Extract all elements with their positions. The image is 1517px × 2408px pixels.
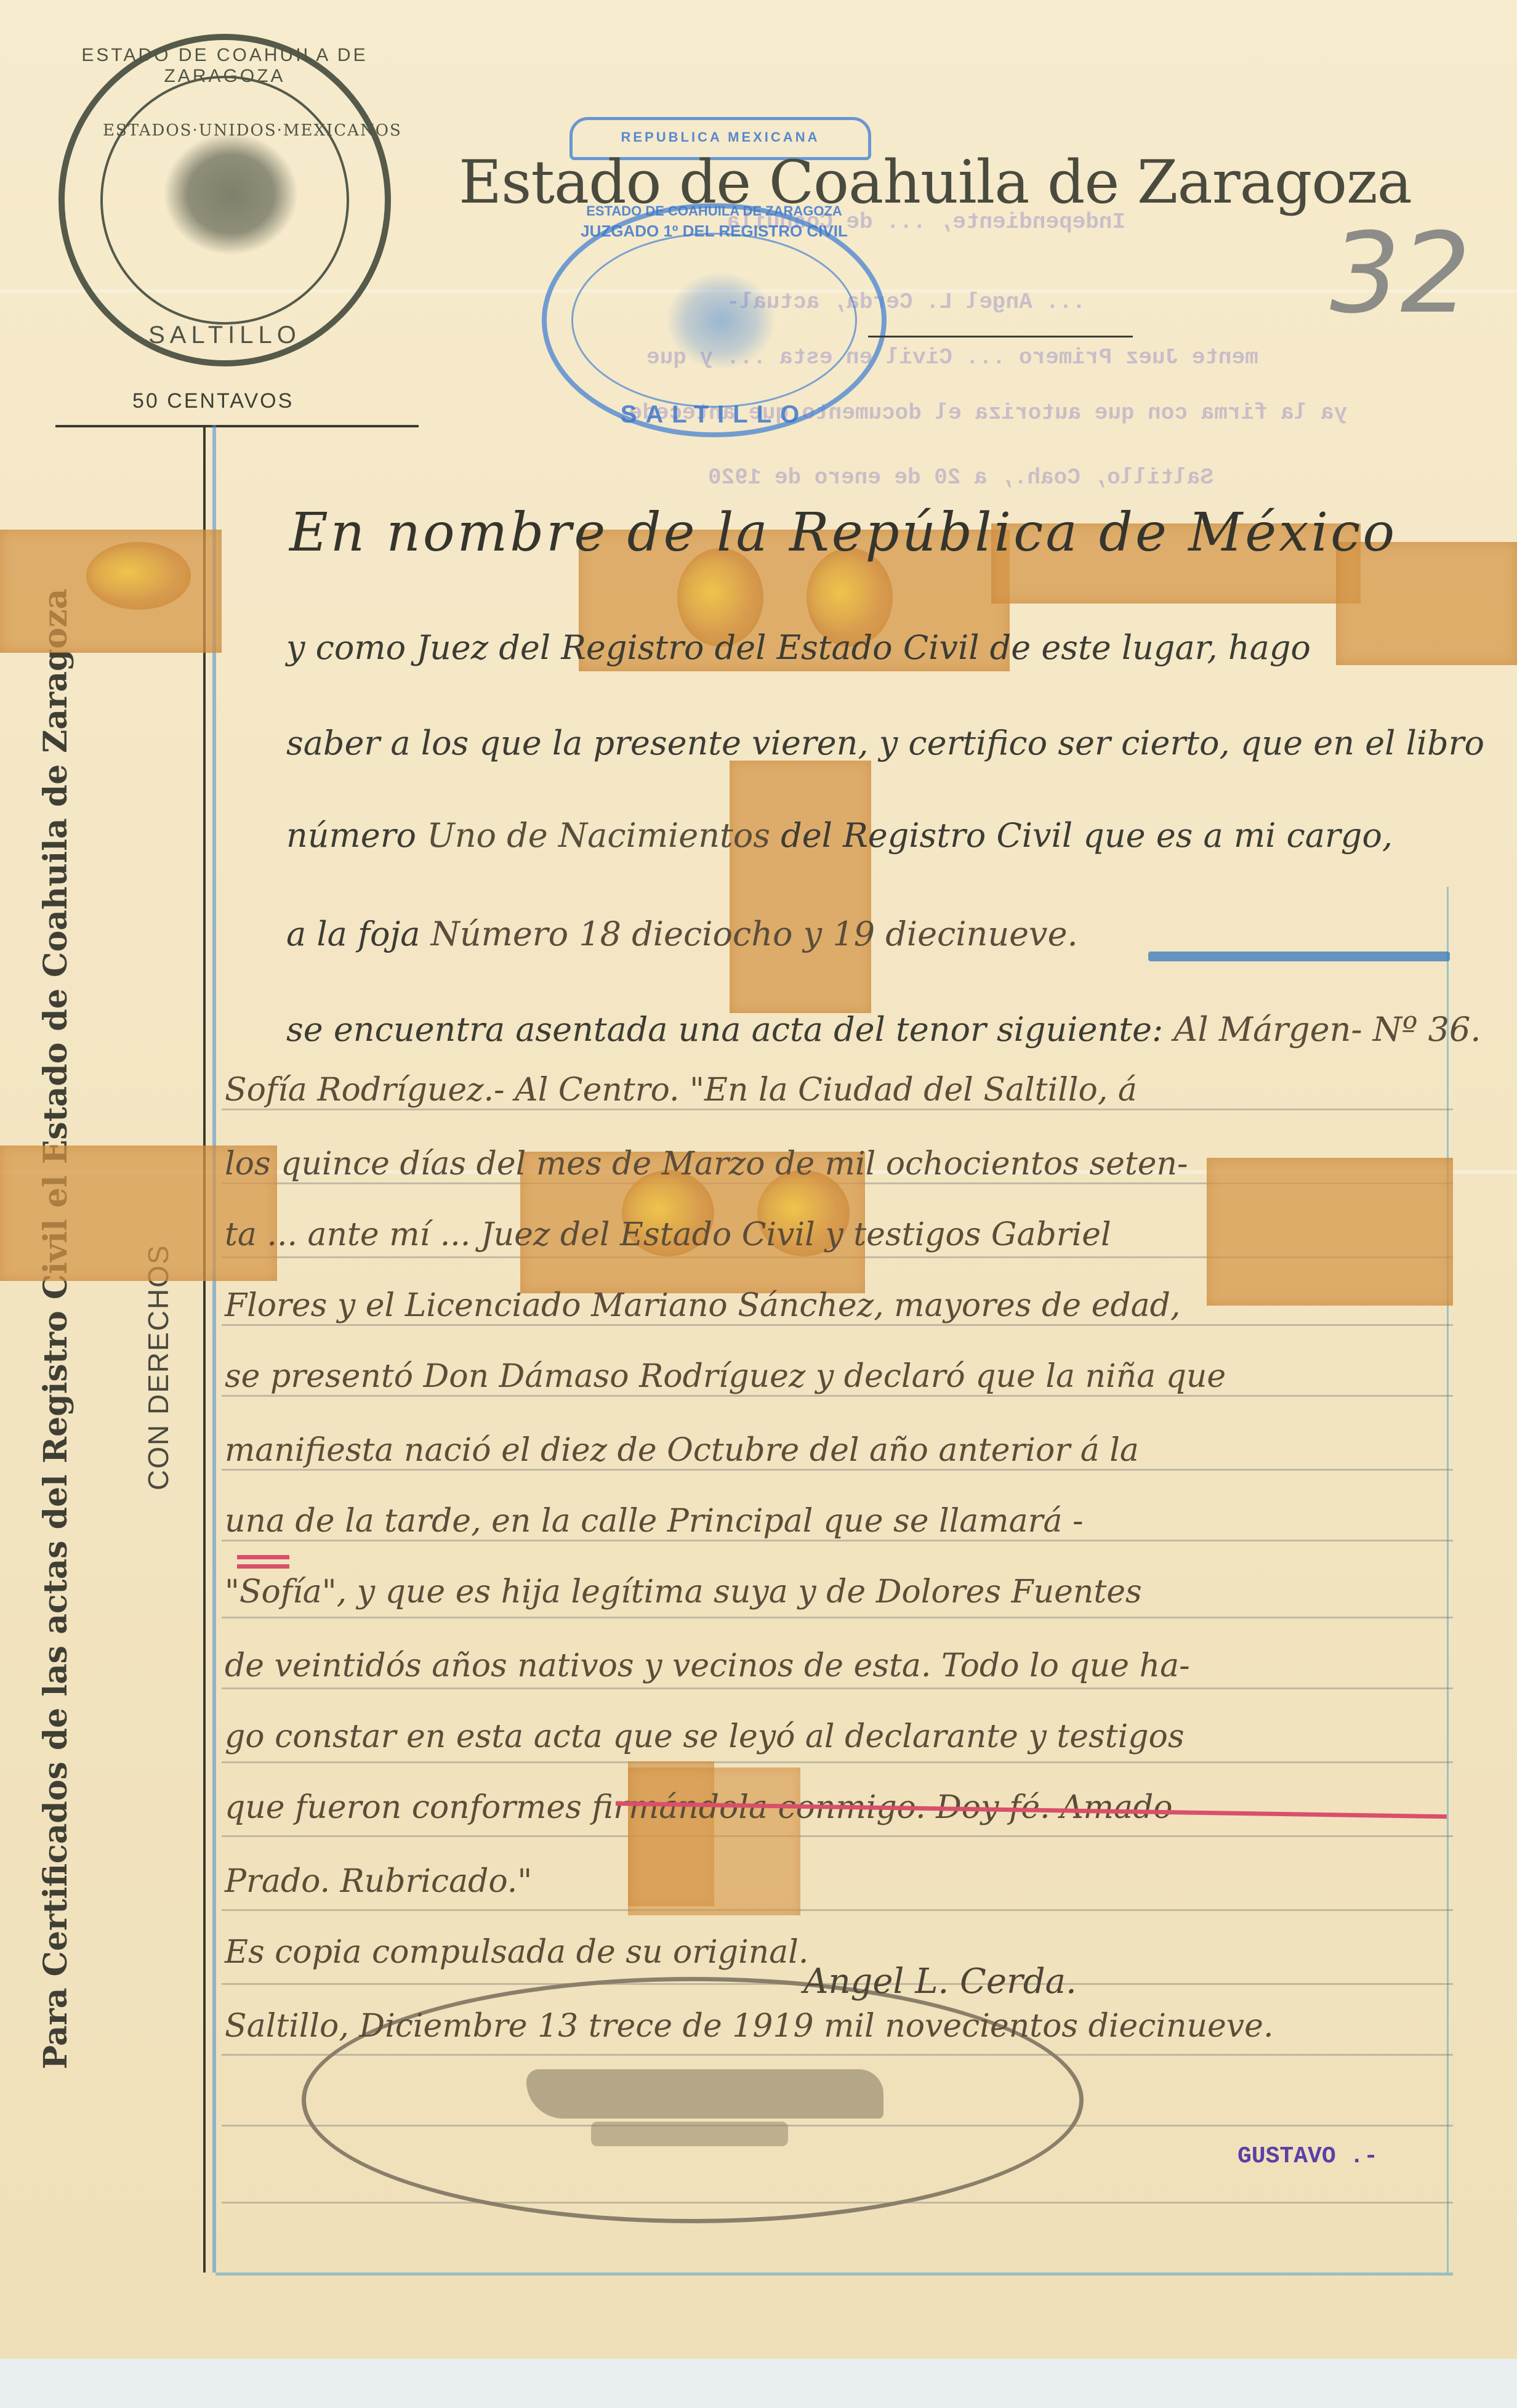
handwritten-line: los quince días del mes de Marzo de mil …: [225, 1145, 1188, 1182]
page-title: Estado de Coahuila de Zaragoza: [459, 148, 1412, 217]
stamp-inner-ring: [571, 233, 857, 408]
handwritten-line: se presentó Don Dámaso Rodríguez y decla…: [225, 1358, 1226, 1395]
handwritten-line: ta ... ante mí ... Juez del Estado Civil…: [225, 1216, 1111, 1253]
handwritten-line: "Sofía", y que es hija legítima suya y d…: [225, 1574, 1142, 1610]
margin-rule-blue: [1447, 887, 1449, 2273]
handwritten-line: manifiesta nació el diez de Octubre del …: [225, 1432, 1139, 1469]
ruled-line: [222, 1687, 1453, 1689]
handwritten-text: Al Márgen- Nº 36.: [1173, 1010, 1481, 1049]
handwritten-line: Es copia compulsada de su original.: [225, 1934, 808, 1971]
label-registro: del Registro Civil que es a mi cargo,: [781, 816, 1393, 855]
printed-line: saber a los que la presente vieren, y ce…: [286, 724, 1484, 762]
ruled-line: [222, 1617, 1453, 1618]
bottom-rule-blue: [215, 2273, 1453, 2276]
handwritten-line: Prado. Rubricado.": [225, 1863, 532, 1900]
eagle-emblem-icon: [163, 132, 299, 256]
label-foja: a la foja: [286, 915, 420, 953]
field-foja: Número 18 dieciocho y 19 diecinueve.: [431, 915, 1078, 953]
margin-rule: [203, 425, 206, 2273]
label-tenor: se encuentra asentada una acta del tenor…: [286, 1010, 1163, 1049]
blue-pencil-underline: [1148, 951, 1450, 961]
ruled-line: [222, 1835, 1453, 1837]
handwritten-line: de veintidós años nativos y vecinos de e…: [225, 1647, 1190, 1684]
side-caption: Para Certificados de las actas del Regis…: [37, 589, 74, 2069]
stamp-ring-bottom: SALTILLO: [547, 401, 882, 429]
printed-line: y como Juez del Registro del Estado Civi…: [286, 628, 1311, 667]
glue-stain: [86, 542, 191, 610]
civil-registry-stamp: ESTADO DE COAHUILA DE ZARAGOZA JUZGADO 1…: [542, 203, 887, 437]
stamp-ring-mid: JUZGADO 1º DEL REGISTRO CIVIL: [547, 222, 882, 241]
ruled-line: [222, 1109, 1453, 1110]
ink-flourish: [591, 2122, 788, 2146]
handwritten-line: Sofía Rodríguez.- Al Centro. "En la Ciud…: [225, 1072, 1137, 1109]
margin-rule-blue: [212, 425, 216, 2273]
ruled-line: [222, 1469, 1453, 1471]
ruled-line: [222, 1761, 1453, 1763]
ink-flourish: [526, 2069, 883, 2119]
printed-line: a la foja Número 18 dieciocho y 19 dieci…: [286, 915, 1078, 953]
ruled-line: [222, 1540, 1453, 1541]
handwritten-line: Flores y el Licenciado Mariano Sánchez, …: [225, 1287, 1180, 1324]
printed-line: número Uno de Nacimientos del Registro C…: [286, 816, 1393, 855]
red-double-underline: [237, 1564, 289, 1569]
ruled-line: [222, 1324, 1453, 1326]
bleed-through-text: Saltillo, Coah., a 20 de enero de 1920: [708, 465, 1213, 490]
ribbon-text: REPUBLICA MEXICANA: [557, 129, 883, 145]
eagle-emblem-icon: [666, 272, 776, 370]
stamp-value: 50 CENTAVOS: [132, 389, 294, 413]
printed-line: se encuentra asentada una acta del tenor…: [286, 1010, 1481, 1049]
divider: [55, 425, 419, 427]
adhesive-tape: [730, 761, 871, 1013]
certificate-heading: En nombre de la República de México: [289, 502, 1397, 564]
title-rule: [868, 336, 1133, 337]
ruled-line: [222, 1395, 1453, 1397]
signature: Angel L. Cerda.: [803, 1962, 1077, 2002]
handwritten-line: go constar en esta acta que se leyó al d…: [225, 1718, 1185, 1755]
state-seal: ESTADO DE COAHUILA DE ZARAGOZA ESTADOS·U…: [58, 34, 391, 366]
handwritten-line: una de la tarde, en la calle Principal q…: [225, 1503, 1084, 1540]
page-number: 32: [1330, 209, 1471, 338]
handwritten-line: Saltillo, Diciembre 13 trece de 1919 mil…: [225, 2008, 1273, 2045]
ruled-line: [222, 1909, 1453, 1911]
con-derechos-label: CON DERECHOS: [142, 1244, 175, 1490]
red-double-underline: [237, 1555, 289, 1559]
adhesive-tape: [1207, 1158, 1453, 1306]
field-libro: Uno de Nacimientos: [427, 816, 770, 855]
scan-background: [0, 2359, 1517, 2408]
label-numero: número: [286, 816, 416, 855]
seal-bottom-text: SALTILLO: [65, 321, 385, 349]
typed-stamp: GUSTAVO .-: [1237, 2143, 1378, 2170]
